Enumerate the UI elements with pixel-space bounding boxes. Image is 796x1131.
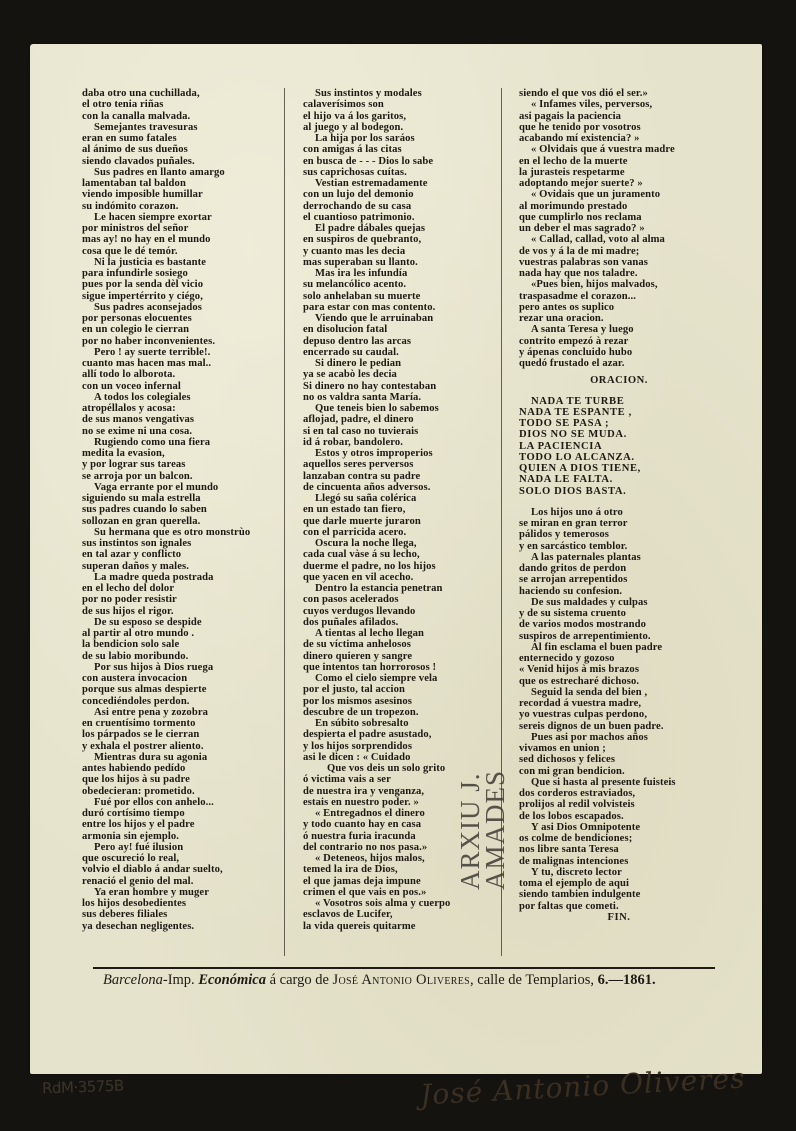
verse-line: en cruentísimo tormento [82, 718, 250, 729]
verse-line: por los mismos asesinos [303, 696, 450, 707]
verse-line: Al fin esclama el buen padre [519, 642, 719, 653]
verse-line: TODO SE PASA ; [519, 418, 719, 429]
verse-line: La madre queda postrada [82, 572, 250, 583]
verse-line: mas superaban su llanto. [303, 257, 450, 268]
verse-line: Mientras dura su agonia [82, 752, 250, 763]
verse-line: con pasos acelerados [303, 594, 450, 605]
verse-line: de vos y á la de mi madre; [519, 246, 719, 257]
verse-line: id á robar, bandolero. [303, 437, 450, 448]
verse-line: sus caprichosas cuítas. [303, 167, 450, 178]
verse-line: Ya eran hombre y muger [82, 887, 250, 898]
verse-line: para infundirle sosiego [82, 268, 250, 279]
imprint-line: Barcelona-Imp. Económica á cargo de José… [103, 972, 656, 989]
verse-line: haciendo su confesion. [519, 586, 719, 597]
verse-line: ó victima vais a ser [303, 774, 450, 785]
verse-line: al morimundo prestado [519, 201, 719, 212]
imprint-rule [93, 967, 715, 969]
verse-line: por faltas que cometi. [519, 901, 719, 912]
verse-line: y cuanto mas les decia [303, 246, 450, 257]
verse-line: NADA TE ESPANTE , [519, 407, 719, 418]
verse-line: si en tal caso no tuvierais [303, 426, 450, 437]
verse-line: Sus padres aconsejados [82, 302, 250, 313]
verse-line: con el parricida acero. [303, 527, 450, 538]
verse-line: con amigas á las citas [303, 144, 450, 155]
verse-line: duerme el padre, no los hijos [303, 561, 450, 572]
verse-line: el cuantioso patrimonio. [303, 212, 450, 223]
verse-line: para estar con mas contento. [303, 302, 450, 313]
verse-line: por no haber inconvenientes. [82, 336, 250, 347]
verse-line: con un voceo infernal [82, 381, 250, 392]
verse-line: solo anhelaban su muerte [303, 291, 450, 302]
verse-line: « Deteneos, hijos malos, [303, 853, 450, 864]
verse-line: ó nuestra furia iracunda [303, 831, 450, 842]
verse-line: La hija por los saráos [303, 133, 450, 144]
verse-line: con la canalla malvada. [82, 111, 250, 122]
verse-line: con mi gran bendicion. [519, 766, 719, 777]
verse-line: A todos los colegiales [82, 392, 250, 403]
verse-line: medita la evasion, [82, 448, 250, 459]
verse-line: descubre de un tropezon. [303, 707, 450, 718]
verse-line: vivamos en union ; [519, 743, 719, 754]
verse-line: de malignas intenciones [519, 856, 719, 867]
verse-line: por el justo, tal accion [303, 684, 450, 695]
verse-line: en tal azar y conflicto [82, 549, 250, 560]
stamp-line-2: AMADES [483, 770, 508, 890]
verse-line: yo vuestras culpas perdono, [519, 709, 719, 720]
verse-line: que darle muerte juraron [303, 516, 450, 527]
verse-line: viendo imposible humillar [82, 189, 250, 200]
verse-line: crimen el que vais en pos.» [303, 887, 450, 898]
verse-line: atropéllalos y acosa: [82, 403, 250, 414]
verse-line: se arrojan arrepentidos [519, 574, 719, 585]
verse-line: lamentaban tal baldon [82, 178, 250, 189]
imprint-imp: -Imp. [163, 972, 198, 988]
verse-line: Llegó su saña colérica [303, 493, 450, 504]
verse-line: que he tenido por vosotros [519, 122, 719, 133]
verse-line: su indómito corazon. [82, 201, 250, 212]
verse-line: en el lecho de la muerte [519, 156, 719, 167]
verse-line: sus instintos son ignales [82, 538, 250, 549]
verse-line: LA PACIENCIA [519, 441, 719, 452]
verse-line: la vida quereis quitarme [303, 921, 450, 932]
verse-line: NADA TE TURBE [519, 396, 719, 407]
verse-line: Viendo que le arruinaban [303, 313, 450, 324]
poem-column-3-verses-after: Los hijos uno á otrose miran en gran ter… [519, 507, 719, 912]
verse-line: Oscura la noche llega, [303, 538, 450, 549]
verse-line: porque sus almas despierte [82, 684, 250, 695]
spacer [519, 497, 719, 507]
verse-line: de su víctima anhelosos [303, 639, 450, 650]
verse-line: El padre dábales quejas [303, 223, 450, 234]
verse-line: que yacen en vil acecho. [303, 572, 450, 583]
verse-line: y exhala el postrer aliento. [82, 741, 250, 752]
verse-line: cuanto mas hacen mas mal.. [82, 358, 250, 369]
imprint-cargo: á cargo de [266, 972, 333, 988]
verse-line: estais en nuestro poder. » [303, 797, 450, 808]
verse-line: «Pues bien, hijos malvados, [519, 279, 719, 290]
verse-line: acabando mí existencia? » [519, 133, 719, 144]
verse-line: sollozan en gran querella. [82, 516, 250, 527]
verse-line: sed dichosos y felices [519, 754, 719, 765]
verse-line: Pero ! ay suerte terrible!. [82, 347, 250, 358]
verse-line: Asi entre pena y zozobra [82, 707, 250, 718]
verse-line: Pero ay! fué ilusion [82, 842, 250, 853]
verse-line: sus deberes filiales [82, 909, 250, 920]
verse-line: Pues asi por machos años [519, 732, 719, 743]
verse-line: A tientas al lecho llegan [303, 628, 450, 639]
verse-line: Que teneis bien lo sabemos [303, 403, 450, 414]
imprint-street: , calle de Templarios, [470, 972, 598, 988]
verse-line: « Olvidais que á vuestra madre [519, 144, 719, 155]
verse-line: de cincuenta años adversos. [303, 482, 450, 493]
verse-line: cada cual vàse á su lecho, [303, 549, 450, 560]
verse-line: Rugiendo como una fiera [82, 437, 250, 448]
verse-line: al partir al otro mundo . [82, 628, 250, 639]
verse-line: Que vos deis un solo grito [303, 763, 450, 774]
verse-line: no se exime ni una cosa. [82, 426, 250, 437]
verse-line: depuso dentro las arcas [303, 336, 450, 347]
oracion-prayer: NADA TE TURBENADA TE ESPANTE ,TODO SE PA… [519, 396, 719, 497]
verse-line: cosa que le dé temór. [82, 246, 250, 257]
verse-line: « Entregadnos el dinero [303, 808, 450, 819]
verse-line: obedecieran: prometido. [82, 786, 250, 797]
verse-line: Si dinero le pedian [303, 358, 450, 369]
verse-line: derrochando de su casa [303, 201, 450, 212]
verse-line: suspiros de arrepentimiento. [519, 631, 719, 642]
verse-line: no os valdra santa María. [303, 392, 450, 403]
verse-line: Por sus hijos à Dios ruega [82, 662, 250, 673]
verse-line: asi le dicen : « Cuidado [303, 752, 450, 763]
verse-line: allí todo lo alborota. [82, 369, 250, 380]
verse-line: traspasadme el corazon... [519, 291, 719, 302]
verse-line: De su esposo se despide [82, 617, 250, 628]
verse-line: en un colegio le cierran [82, 324, 250, 335]
verse-line: A las paternales plantas [519, 552, 719, 563]
verse-line: En súbito sobresalto [303, 718, 450, 729]
verse-line: que oscureció lo real, [82, 853, 250, 864]
verse-line: mas ay! no hay en el mundo [82, 234, 250, 245]
verse-line: en suspiros de quebranto, [303, 234, 450, 245]
verse-line: el que jamas deja impune [303, 876, 450, 887]
imprint-economica: Económica [198, 972, 266, 988]
verse-line: Semejantes travesuras [82, 122, 250, 133]
verse-line: en el lecho del dolor [82, 583, 250, 594]
poem-column-3: siendo el que vos dió el ser.»« Infames … [519, 88, 719, 923]
verse-line: aquellos seres perversos [303, 459, 450, 470]
verse-line: vuestras palabras son vanas [519, 257, 719, 268]
verse-line: de sus manos vengativas [82, 414, 250, 425]
verse-line: y de su sistema cruento [519, 608, 719, 619]
verse-line: Si dinero no hay contestaban [303, 381, 450, 392]
verse-line: del contrario no nos pasa.» [303, 842, 450, 853]
verse-line: Su hermana que es otro monstrùo [82, 527, 250, 538]
verse-line: Como el cielo siempre vela [303, 673, 450, 684]
fin-label: FIN. [519, 912, 719, 923]
verse-line: siguiendo su mala estrella [82, 493, 250, 504]
verse-line: de varios modos mostrando [519, 619, 719, 630]
verse-line: esclavos de Lucifer, [303, 909, 450, 920]
verse-line: y ápenas concluido hubo [519, 347, 719, 358]
catalog-mark: RdM·3575B [42, 1077, 124, 1098]
verse-line: sereis dignos de un buen padre. [519, 721, 719, 732]
verse-line: al ánimo de sus dueños [82, 144, 250, 155]
verse-line: entre los hijos y el padre [82, 819, 250, 830]
verse-line: duró cortísimo tiempo [82, 808, 250, 819]
verse-line: y todo cuanto hay en casa [303, 819, 450, 830]
verse-line: Sus padres en llanto amargo [82, 167, 250, 178]
verse-line: al juego y al bodegon. [303, 122, 450, 133]
oracion-heading: ORACION. [519, 375, 719, 386]
verse-line: ya desechan negligentes. [82, 921, 250, 932]
verse-line: sus padres cuando lo saben [82, 504, 250, 515]
verse-line: en busca de - - - Dios lo sabe [303, 156, 450, 167]
verse-line: que intentos tan horrorosos ! [303, 662, 450, 673]
verse-line: y en sarcástico temblor. [519, 541, 719, 552]
verse-line: Mas ira les infundía [303, 268, 450, 279]
verse-line: cuyos verdugos llevando [303, 606, 450, 617]
verse-line: y por lograr sus tareas [82, 459, 250, 470]
verse-line: De sus maldades y culpas [519, 597, 719, 608]
verse-line: ya se acabò les decia [303, 369, 450, 380]
verse-line: Los hijos uno á otro [519, 507, 719, 518]
verse-line: de sus hijos el rigor. [82, 606, 250, 617]
verse-line: nos libre santa Teresa [519, 844, 719, 855]
verse-line: con austera invocacion [82, 673, 250, 684]
verse-line: DIOS NO SE MUDA. [519, 429, 719, 440]
verse-line: con un lujo del demonio [303, 189, 450, 200]
verse-line: siendo el que vos dió el ser.» [519, 88, 719, 99]
verse-line: lanzaban contra su padre [303, 471, 450, 482]
verse-line: volvio el diablo á andar suelto, [82, 864, 250, 875]
verse-line: enternecido y gozoso [519, 653, 719, 664]
verse-line: os colme de bendiciones; [519, 833, 719, 844]
verse-line: « Vosotros sois alma y cuerpo [303, 898, 450, 909]
verse-line: armonia sin ejemplo. [82, 831, 250, 842]
verse-line: que os estrecharé dichoso. [519, 676, 719, 687]
verse-line: TODO LO ALCANZA. [519, 452, 719, 463]
verse-line: « Venid hijos à mis brazos [519, 664, 719, 675]
verse-line: siendo clavados puñales. [82, 156, 250, 167]
verse-line: pues por la senda dèl vicio [82, 279, 250, 290]
verse-line: « Infames viles, perversos, [519, 99, 719, 110]
verse-line: contrito empezó à rezar [519, 336, 719, 347]
verse-line: el otro tenia riñas [82, 99, 250, 110]
verse-line: dando gritos de perdon [519, 563, 719, 574]
verse-line: la jurasteis respetarme [519, 167, 719, 178]
verse-line: un deber el mas sagrado? » [519, 223, 719, 234]
verse-line: los hijos desobedientes [82, 898, 250, 909]
poem-column-3-verses: siendo el que vos dió el ser.»« Infames … [519, 88, 719, 369]
poem-column-2: Sus instintos y modalescalaverísimos son… [303, 88, 450, 932]
verse-line: de su labio moribundo. [82, 651, 250, 662]
verse-line: renació el genio del mal. [82, 876, 250, 887]
verse-line: quedó frustado el azar. [519, 358, 719, 369]
verse-line: A santa Teresa y luego [519, 324, 719, 335]
verse-line: QUIEN A DIOS TIENE, [519, 463, 719, 474]
verse-line: antes habiendo pedído [82, 763, 250, 774]
verse-line: temed la ira de Dios, [303, 864, 450, 875]
verse-line: eran en sumo fatales [82, 133, 250, 144]
verse-line: SOLO DIOS BASTA. [519, 486, 719, 497]
verse-line: Vaga errante por el mundo [82, 482, 250, 493]
verse-line: « Ovidais que un juramento [519, 189, 719, 200]
verse-line: por personas elocuentes [82, 313, 250, 324]
verse-line: dinero quieren y sangre [303, 651, 450, 662]
verse-line: Fué por ellos con anhelo... [82, 797, 250, 808]
verse-line: Estos y otros improperios [303, 448, 450, 459]
verse-line: Vestian estremadamente [303, 178, 450, 189]
verse-line: pero antes os suplico [519, 302, 719, 313]
verse-line: prolijos al redil volvisteis [519, 799, 719, 810]
verse-line: Le hacen siempre exortar [82, 212, 250, 223]
verse-line: sigue impertérrito y ciégo, [82, 291, 250, 302]
verse-line: Sus instintos y modales [303, 88, 450, 99]
verse-line: en disolucion fatal [303, 324, 450, 335]
verse-line: que los hijos à su padre [82, 774, 250, 785]
verse-line: daba otro una cuchillada, [82, 88, 250, 99]
verse-line: asi pagais la paciencia [519, 111, 719, 122]
verse-line: se arroja por un balcon. [82, 471, 250, 482]
verse-line: la bendicion solo sale [82, 639, 250, 650]
imprint-printer: José Antonio Oliveres [333, 972, 470, 988]
verse-line: se miran en gran terror [519, 518, 719, 529]
poem-column-1: daba otro una cuchillada,el otro tenia r… [82, 88, 250, 932]
verse-line: superan daños y males. [82, 561, 250, 572]
verse-line: toma el ejemplo de aqui [519, 878, 719, 889]
verse-line: despierta el padre asustado, [303, 729, 450, 740]
verse-line: calaverísimos son [303, 99, 450, 110]
verse-line: y los hijos sorprendidos [303, 741, 450, 752]
verse-line: dos puñales afilados. [303, 617, 450, 628]
verse-line: Seguid la senda del bien , [519, 687, 719, 698]
verse-line: concediéndoles perdon. [82, 696, 250, 707]
verse-line: que cumplirlo nos reclama [519, 212, 719, 223]
verse-line: los párpados se le cierran [82, 729, 250, 740]
verse-line: Ni la justicia es bastante [82, 257, 250, 268]
verse-line: Que si hasta al presente fuisteis [519, 777, 719, 788]
verse-line: siendo tambien indulgente [519, 889, 719, 900]
verse-line: « Callad, callad, voto al alma [519, 234, 719, 245]
verse-line: por no poder resistir [82, 594, 250, 605]
verse-line: adoptando mejor suerte? » [519, 178, 719, 189]
verse-line: recordad á vuestra madre, [519, 698, 719, 709]
imprint-city: Barcelona [103, 972, 163, 988]
verse-line: Y asi Dios Omnipotente [519, 822, 719, 833]
verse-line: en un estado tan fiero, [303, 504, 450, 515]
verse-line: Dentro la estancia penetran [303, 583, 450, 594]
verse-line: de nuestra ira y venganza, [303, 786, 450, 797]
verse-line: de los lobos escapados. [519, 811, 719, 822]
verse-line: por ministros del señor [82, 223, 250, 234]
imprint-year: 6.—1861. [598, 972, 656, 988]
verse-line: su melancólico acento. [303, 279, 450, 290]
column-divider-1 [284, 88, 285, 956]
verse-line: NADA LE FALTA. [519, 474, 719, 485]
verse-line: nada hay que nos taladre. [519, 268, 719, 279]
verse-line: rezar una oracion. [519, 313, 719, 324]
verse-line: dos corderos estraviados, [519, 788, 719, 799]
verse-line: pálidos y temerosos [519, 529, 719, 540]
verse-line: aflojad, padre, el dinero [303, 414, 450, 425]
verse-line: Y tu, discreto lector [519, 867, 719, 878]
archive-stamp: ARXIU J. AMADES [458, 770, 508, 890]
verse-line: el hijo va á los garitos, [303, 111, 450, 122]
verse-line: encerrado su caudal. [303, 347, 450, 358]
